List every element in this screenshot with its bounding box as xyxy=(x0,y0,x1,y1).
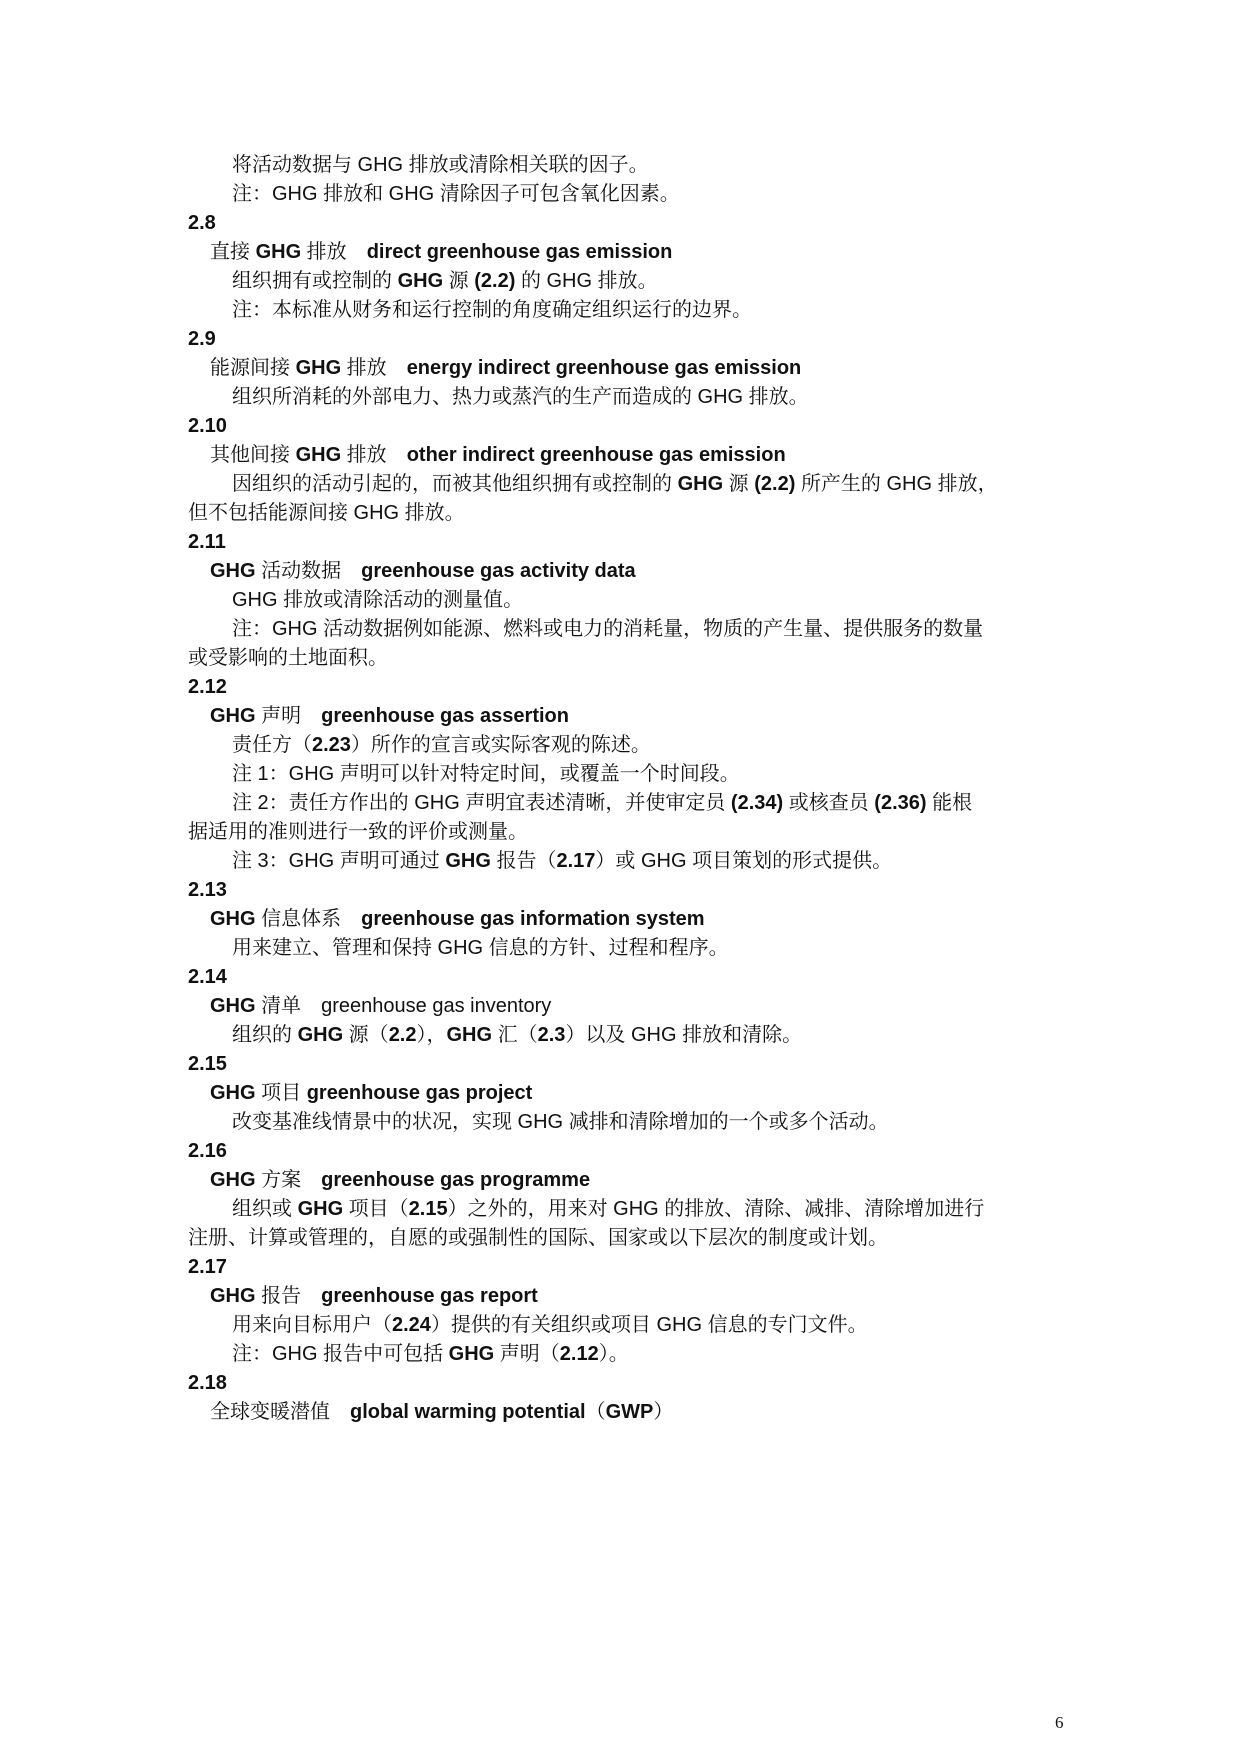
text-segment: 2.17 xyxy=(188,1256,227,1278)
text-segment: 2.15 xyxy=(409,1198,448,1220)
term-heading: GHG 项目 greenhouse gas project xyxy=(188,1079,1058,1108)
text-segment: ） xyxy=(653,1401,673,1423)
term-heading: GHG 清单greenhouse gas inventory xyxy=(188,992,1058,1021)
text-segment: (2.2) xyxy=(474,270,521,292)
body-text: 责任方（2.23）所作的宣言或实际客观的陈述。 xyxy=(188,731,1058,760)
text-segment: 组织或 xyxy=(232,1198,298,1220)
body-text: 注：GHG 活动数据例如能源、燃料或电力的消耗量，物质的产生量、提供服务的数量 xyxy=(188,615,1058,644)
text-segment: 其他间接 xyxy=(210,444,296,466)
text-segment: 能源间接 xyxy=(210,357,296,379)
text-segment: other indirect greenhouse gas emission xyxy=(407,444,786,466)
section-number: 2.14 xyxy=(188,963,1058,992)
text-segment: GHG xyxy=(210,1082,256,1104)
text-segment: 2.16 xyxy=(188,1140,227,1162)
body-text: 改变基准线情景中的状况，实现 GHG 减排和清除增加的一个或多个活动。 xyxy=(188,1108,1058,1137)
body-text-continuation: 注册、计算或管理的，自愿的或强制性的国际、国家或以下层次的制度或计划。 xyxy=(188,1224,1058,1253)
text-segment: 报告 xyxy=(256,1285,302,1307)
text-segment: 所产生的 GHG 排放， xyxy=(801,473,998,495)
text-segment: 排放 xyxy=(341,444,387,466)
document-page: 将活动数据与 GHG 排放或清除相关联的因子。注：GHG 排放和 GHG 清除因… xyxy=(188,151,1058,1427)
section-number: 2.11 xyxy=(188,528,1058,557)
text-segment: 源 xyxy=(723,473,754,495)
text-segment: 组织所消耗的外部电力、热力或蒸汽的生产而造成的 GHG 排放。 xyxy=(232,386,809,408)
term-heading: 能源间接 GHG 排放energy indirect greenhouse ga… xyxy=(188,354,1058,383)
text-segment: 报告（ xyxy=(491,850,557,872)
text-segment: ）所作的宣言或实际客观的陈述。 xyxy=(351,734,651,756)
text-segment: 活动数据 xyxy=(256,560,342,582)
text-segment: 或受影响的土地面积。 xyxy=(188,647,388,669)
body-text-continuation: 据适用的准则进行一致的评价或测量。 xyxy=(188,818,1058,847)
body-text: 注 1：GHG 声明可以针对特定时间，或覆盖一个时间段。 xyxy=(188,760,1058,789)
term-heading: GHG 声明greenhouse gas assertion xyxy=(188,702,1058,731)
body-text: 注：GHG 报告中可包括 GHG 声明（2.12）。 xyxy=(188,1340,1058,1369)
text-segment: 2.23 xyxy=(312,734,351,756)
text-segment: 注：GHG 活动数据例如能源、燃料或电力的消耗量，物质的产生量、提供服务的数量 xyxy=(232,618,983,640)
text-segment: GHG xyxy=(298,1024,344,1046)
term-heading: GHG 信息体系greenhouse gas information syste… xyxy=(188,905,1058,934)
text-segment: 2.12 xyxy=(188,676,227,698)
text-segment: GHG xyxy=(256,241,302,263)
text-segment: GHG xyxy=(210,1285,256,1307)
text-segment: 2.15 xyxy=(188,1053,227,1075)
text-segment: 2.18 xyxy=(188,1372,227,1394)
text-segment: 方案 xyxy=(256,1169,302,1191)
term-heading: 全球变暖潜值global warming potential（GWP） xyxy=(188,1398,1058,1427)
text-segment: 组织拥有或控制的 xyxy=(232,270,398,292)
text-segment: 注：GHG 报告中可包括 xyxy=(232,1343,449,1365)
term-heading: 直接 GHG 排放direct greenhouse gas emission xyxy=(188,238,1058,267)
body-text: 注 2：责任方作出的 GHG 声明宜表述清晰，并使审定员 (2.34) 或核查员… xyxy=(188,789,1058,818)
text-segment: GHG xyxy=(398,270,444,292)
text-segment: 或核查员 xyxy=(783,792,874,814)
term-heading: GHG 活动数据greenhouse gas activity data xyxy=(188,557,1058,586)
text-segment: 2.10 xyxy=(188,415,227,437)
text-segment: ）以及 GHG 排放和清除。 xyxy=(565,1024,802,1046)
body-text: 注 3：GHG 声明可通过 GHG 报告（2.17）或 GHG 项目策划的形式提… xyxy=(188,847,1058,876)
text-segment: ）， xyxy=(417,1024,447,1046)
text-segment: 2.17 xyxy=(556,850,595,872)
page-number: 6 xyxy=(1055,1713,1064,1733)
text-segment: (2.36) xyxy=(874,792,926,814)
text-segment: GHG xyxy=(678,473,724,495)
body-text: 组织拥有或控制的 GHG 源 (2.2) 的 GHG 排放。 xyxy=(188,267,1058,296)
text-segment: (2.2) xyxy=(754,473,801,495)
section-number: 2.8 xyxy=(188,209,1058,238)
text-segment: 能根 xyxy=(927,792,973,814)
body-text: 组织或 GHG 项目（2.15）之外的，用来对 GHG 的排放、清除、减排、清除… xyxy=(188,1195,1058,1224)
text-segment: 注 2：责任方作出的 GHG 声明宜表述清晰，并使审定员 xyxy=(232,792,731,814)
text-segment: ）提供的有关组织或项目 GHG 信息的专门文件。 xyxy=(431,1314,868,1336)
term-heading: GHG 方案greenhouse gas programme xyxy=(188,1166,1058,1195)
text-segment: （ xyxy=(586,1401,606,1423)
body-text-continuation: 但不包括能源间接 GHG 排放。 xyxy=(188,499,1058,528)
text-segment: 改变基准线情景中的状况，实现 GHG 减排和清除增加的一个或多个活动。 xyxy=(232,1111,889,1133)
body-text: 用来向目标用户（2.24）提供的有关组织或项目 GHG 信息的专门文件。 xyxy=(188,1311,1058,1340)
text-segment: ）。 xyxy=(599,1343,629,1365)
text-segment: GHG xyxy=(449,1343,495,1365)
text-segment: GHG 排放或清除活动的测量值。 xyxy=(232,589,523,611)
body-text: GHG 排放或清除活动的测量值。 xyxy=(188,586,1058,615)
text-segment: greenhouse gas activity data xyxy=(361,560,636,582)
text-segment: GHG xyxy=(447,1024,493,1046)
text-segment: GHG xyxy=(210,1169,256,1191)
section-number: 2.12 xyxy=(188,673,1058,702)
section-number: 2.15 xyxy=(188,1050,1058,1079)
text-segment: 因组织的活动引起的，而被其他组织拥有或控制的 xyxy=(232,473,678,495)
body-text: 注：本标准从财务和运行控制的角度确定组织运行的边界。 xyxy=(188,296,1058,325)
text-segment: ）或 GHG 项目策划的形式提供。 xyxy=(595,850,892,872)
text-segment: 排放 xyxy=(301,241,347,263)
text-segment: greenhouse gas information system xyxy=(361,908,704,930)
text-segment: 源 xyxy=(443,270,474,292)
text-segment: (2.34) xyxy=(731,792,783,814)
text-segment: 据适用的准则进行一致的评价或测量。 xyxy=(188,821,528,843)
text-segment: 2.13 xyxy=(188,879,227,901)
body-text: 因组织的活动引起的，而被其他组织拥有或控制的 GHG 源 (2.2) 所产生的 … xyxy=(188,470,1058,499)
text-segment: greenhouse gas project xyxy=(307,1082,533,1104)
text-segment: 组织的 xyxy=(232,1024,298,1046)
text-segment: energy indirect greenhouse gas emission xyxy=(407,357,802,379)
text-segment: 直接 xyxy=(210,241,256,263)
text-segment: 将活动数据与 GHG 排放或清除相关联的因子。 xyxy=(232,154,649,176)
body-text: 用来建立、管理和保持 GHG 信息的方针、过程和程序。 xyxy=(188,934,1058,963)
text-segment: GHG xyxy=(298,1198,344,1220)
text-segment: 清单 xyxy=(256,995,302,1017)
body-text: 注：GHG 排放和 GHG 清除因子可包含氧化因素。 xyxy=(188,180,1058,209)
text-segment: GHG xyxy=(210,908,256,930)
text-segment: 项目 xyxy=(256,1082,307,1104)
section-number: 2.17 xyxy=(188,1253,1058,1282)
text-segment: 注册、计算或管理的，自愿的或强制性的国际、国家或以下层次的制度或计划。 xyxy=(188,1227,888,1249)
term-heading: GHG 报告greenhouse gas report xyxy=(188,1282,1058,1311)
text-segment: 声明 xyxy=(256,705,302,727)
section-number: 2.16 xyxy=(188,1137,1058,1166)
text-segment: greenhouse gas report xyxy=(321,1285,538,1307)
text-segment: GHG xyxy=(296,357,342,379)
text-segment: 2.8 xyxy=(188,212,216,234)
text-segment: 但不包括能源间接 GHG 排放。 xyxy=(188,502,465,524)
text-segment: 全球变暖潜值 xyxy=(210,1401,330,1423)
text-segment: 2.14 xyxy=(188,966,227,988)
text-segment: 汇（ xyxy=(492,1024,538,1046)
text-segment: direct greenhouse gas emission xyxy=(367,241,673,263)
text-segment: 2.24 xyxy=(392,1314,431,1336)
text-segment: GWP xyxy=(606,1401,654,1423)
text-segment: 注 1：GHG 声明可以针对特定时间，或覆盖一个时间段。 xyxy=(232,763,740,785)
text-segment: GHG xyxy=(445,850,491,872)
text-segment: greenhouse gas inventory xyxy=(321,995,551,1017)
section-number: 2.9 xyxy=(188,325,1058,354)
text-segment: 用来向目标用户（ xyxy=(232,1314,392,1336)
text-segment: 2.11 xyxy=(188,531,226,553)
text-segment: 的 GHG 排放。 xyxy=(521,270,658,292)
text-segment: 注 3：GHG 声明可通过 xyxy=(232,850,445,872)
text-segment: greenhouse gas programme xyxy=(321,1169,590,1191)
text-segment: 排放 xyxy=(341,357,387,379)
section-number: 2.10 xyxy=(188,412,1058,441)
text-segment: 2.3 xyxy=(538,1024,566,1046)
section-number: 2.13 xyxy=(188,876,1058,905)
text-segment: 项目（ xyxy=(343,1198,409,1220)
text-segment: 责任方（ xyxy=(232,734,312,756)
text-segment: 信息体系 xyxy=(256,908,342,930)
text-segment: 2.9 xyxy=(188,328,216,350)
term-heading: 其他间接 GHG 排放other indirect greenhouse gas… xyxy=(188,441,1058,470)
text-segment: GHG xyxy=(296,444,342,466)
text-segment: 2.2 xyxy=(389,1024,417,1046)
text-segment: 声明（ xyxy=(494,1343,560,1365)
text-segment: 用来建立、管理和保持 GHG 信息的方针、过程和程序。 xyxy=(232,937,729,959)
body-text: 组织的 GHG 源（2.2），GHG 汇（2.3）以及 GHG 排放和清除。 xyxy=(188,1021,1058,1050)
text-segment: global warming potential xyxy=(350,1401,586,1423)
text-segment: 2.12 xyxy=(560,1343,599,1365)
text-segment: 注：GHG 排放和 GHG 清除因子可包含氧化因素。 xyxy=(232,183,680,205)
text-segment: GHG xyxy=(210,995,256,1017)
text-segment: GHG xyxy=(210,705,256,727)
section-number: 2.18 xyxy=(188,1369,1058,1398)
text-segment: greenhouse gas assertion xyxy=(321,705,569,727)
text-segment: 注：本标准从财务和运行控制的角度确定组织运行的边界。 xyxy=(232,299,752,321)
text-segment: 源（ xyxy=(343,1024,389,1046)
body-text: 将活动数据与 GHG 排放或清除相关联的因子。 xyxy=(188,151,1058,180)
body-text-continuation: 或受影响的土地面积。 xyxy=(188,644,1058,673)
text-segment: GHG xyxy=(210,560,256,582)
body-text: 组织所消耗的外部电力、热力或蒸汽的生产而造成的 GHG 排放。 xyxy=(188,383,1058,412)
text-segment: ）之外的，用来对 GHG 的排放、清除、减排、清除增加进行 xyxy=(448,1198,985,1220)
